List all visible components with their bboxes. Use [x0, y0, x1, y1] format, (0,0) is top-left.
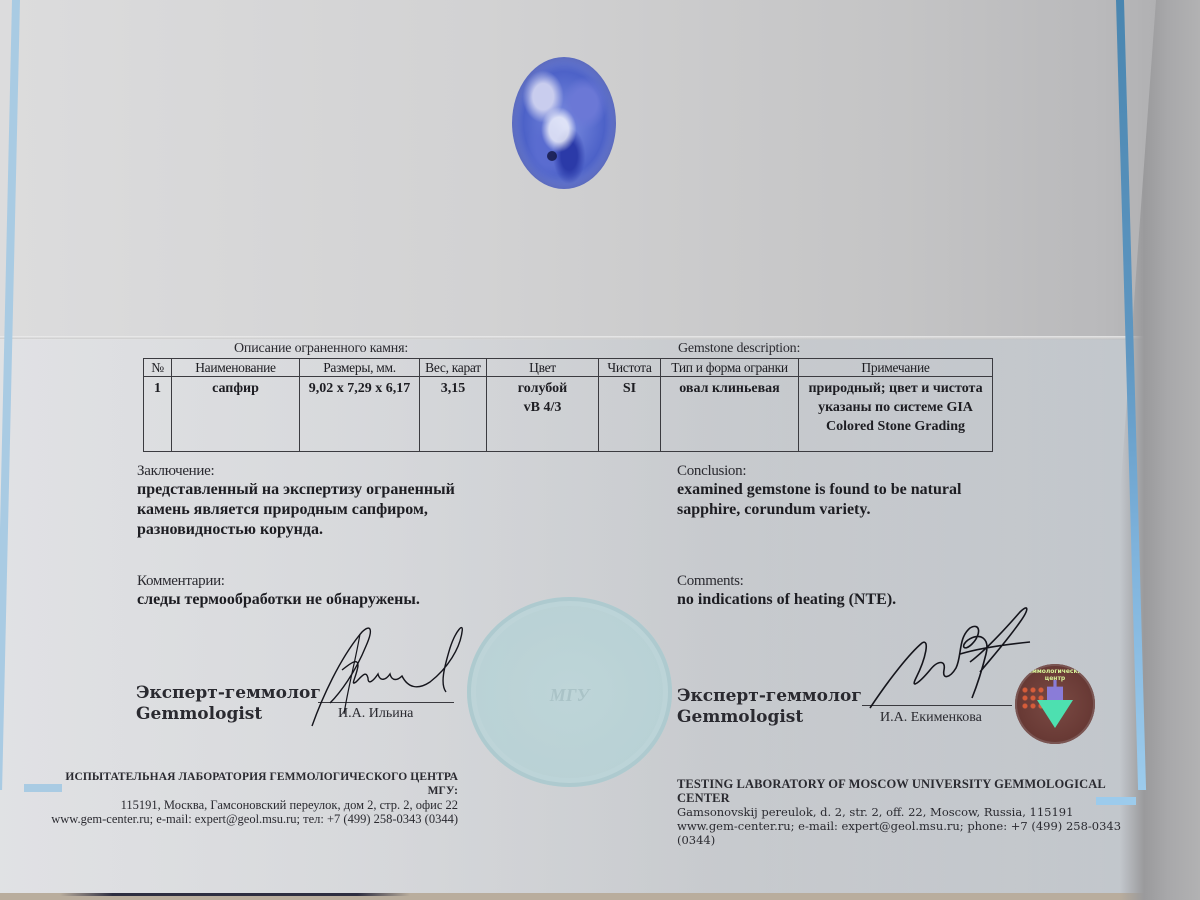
role-en: Gemmologist [677, 707, 862, 728]
role-en: Gemmologist [136, 704, 321, 725]
comments-label-en: Comments: [677, 573, 896, 590]
role-ru: Эксперт-геммолог [136, 683, 321, 704]
cell-color: голубой vB 4/3 [487, 377, 599, 452]
col-header-name: Наименование [172, 359, 300, 377]
lab-name-ru: ИСПЫТАТЕЛЬНАЯ ЛАБОРАТОРИЯ ГЕММОЛОГИЧЕСКО… [38, 770, 458, 798]
lab-street-en: Gamsonovskij pereulok, d. 2, str. 2, off… [677, 805, 1147, 819]
conclusion-en: Conclusion: examined gemstone is found t… [677, 463, 961, 520]
lab-address-en: TESTING LABORATORY OF MOSCOW UNIVERSITY … [677, 777, 1147, 847]
conclusion-label-ru: Заключение: [137, 463, 455, 480]
sapphire-photo [512, 57, 616, 189]
color-grade: vB 4/3 [489, 398, 596, 417]
table-caption-ru: Описание ограненного камня: [234, 341, 408, 357]
col-header-no: № [144, 359, 172, 377]
seal-text: МГУ [467, 685, 672, 706]
conclusion-ru: Заключение: представленный на экспертизу… [137, 463, 455, 540]
gemstone-table: № Наименование Размеры, мм. Вес, карат Ц… [143, 358, 993, 452]
col-header-dimensions: Размеры, мм. [300, 359, 420, 377]
col-header-color: Цвет [487, 359, 599, 377]
embossed-seal: МГУ [467, 597, 672, 787]
lab-name-en: TESTING LABORATORY OF MOSCOW UNIVERSITY … [677, 777, 1147, 805]
table-header-row: № Наименование Размеры, мм. Вес, карат Ц… [144, 359, 993, 377]
role-ru: Эксперт-геммолог [677, 686, 862, 707]
cell-dimensions: 9,02 x 7,29 x 6,17 [300, 377, 420, 452]
note-line: указаны по системе GIA [801, 398, 990, 417]
table-caption-en: Gemstone description: [678, 341, 800, 357]
conclusion-label-en: Conclusion: [677, 463, 961, 480]
col-header-note: Примечание [799, 359, 993, 377]
signature-1 [300, 618, 470, 733]
table-row: 1 сапфир 9,02 x 7,29 x 6,17 3,15 голубой… [144, 377, 993, 452]
comments-label-ru: Комментарии: [137, 573, 420, 590]
note-line: Colored Stone Grading [801, 417, 990, 436]
signatory-1-role: Эксперт-геммолог Gemmologist [136, 683, 321, 725]
lab-street-ru: 115191, Москва, Гамсоновский переулок, д… [38, 798, 458, 812]
comments-ru: Комментарии: следы термообработки не обн… [137, 573, 420, 610]
conclusion-text-en: sapphire, corundum variety. [677, 500, 961, 520]
cell-weight: 3,15 [420, 377, 487, 452]
lab-address-ru: ИСПЫТАТЕЛЬНАЯ ЛАБОРАТОРИЯ ГЕММОЛОГИЧЕСКО… [38, 770, 458, 826]
note-line: природный; цвет и чистота [801, 379, 990, 398]
hologram-text: Геммологический центр [1023, 668, 1087, 682]
col-header-cut: Тип и форма огранки [661, 359, 799, 377]
conclusion-text-ru: представленный на экспертизу ограненный [137, 480, 455, 500]
diamond-icon [1037, 700, 1073, 728]
fold-crease [0, 336, 1200, 339]
color-name: голубой [489, 379, 596, 398]
cell-note: природный; цвет и чистота указаны по сис… [799, 377, 993, 452]
lab-contacts-en: www.gem-center.ru; e-mail: expert@geol.m… [677, 819, 1147, 847]
cell-clarity: SI [599, 377, 661, 452]
lab-contacts-ru: www.gem-center.ru; e-mail: expert@geol.m… [38, 812, 458, 826]
conclusion-text-en: examined gemstone is found to be natural [677, 480, 961, 500]
col-header-clarity: Чистота [599, 359, 661, 377]
paper-edge [60, 893, 410, 896]
cell-no: 1 [144, 377, 172, 452]
comments-text-ru: следы термообработки не обнаружены. [137, 590, 420, 610]
conclusion-text-ru: камень является природным сапфиром, [137, 500, 455, 520]
hologram-sticker: Геммологический центр [1015, 664, 1095, 744]
col-header-weight: Вес, карат [420, 359, 487, 377]
cell-name: сапфир [172, 377, 300, 452]
university-tower-icon [1047, 680, 1063, 702]
cell-cut: овал клиньевая [661, 377, 799, 452]
conclusion-text-ru: разновидностью корунда. [137, 520, 455, 540]
signatory-2-role: Эксперт-геммолог Gemmologist [677, 686, 862, 728]
